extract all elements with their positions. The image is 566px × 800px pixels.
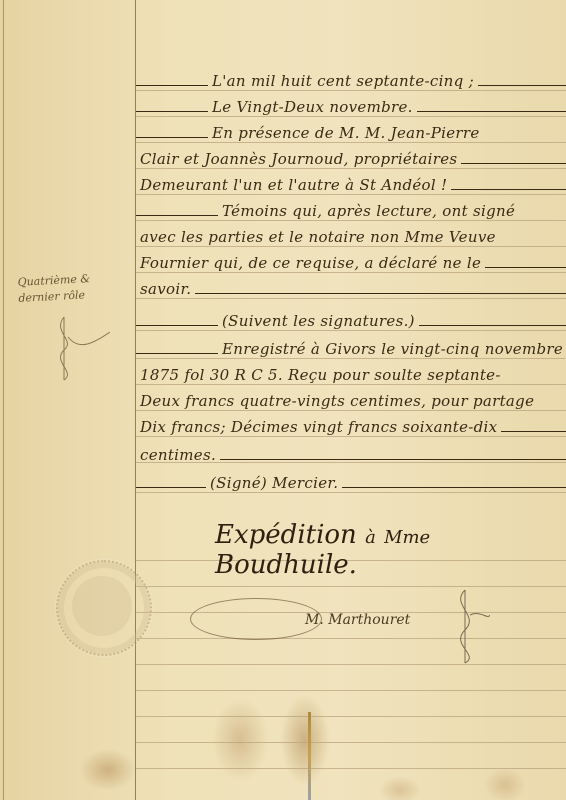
text-line: (Suivent les signatures.) bbox=[136, 304, 566, 330]
line-text: savoir. bbox=[136, 280, 195, 298]
ruled-line bbox=[136, 330, 566, 331]
page-edge bbox=[3, 0, 4, 800]
ruled-line bbox=[136, 742, 566, 743]
line-text: (Suivent les signatures.) bbox=[218, 312, 419, 330]
expedition-connector: à bbox=[365, 527, 376, 548]
line-text: (Signé) Mercier. bbox=[206, 474, 342, 492]
paraphe-icon bbox=[440, 585, 490, 665]
expedition-heading: Expédition à Mme Boudhuile. bbox=[215, 520, 566, 580]
line-text: Enregistré à Givors le vingt-cinq novemb… bbox=[218, 340, 566, 358]
notary-signature: M. Marthouret bbox=[305, 612, 410, 628]
text-line: 1875 fol 30 R C 5. Reçu pour soulte sept… bbox=[136, 358, 566, 384]
ruled-line bbox=[136, 492, 566, 493]
ruled-line bbox=[136, 638, 566, 639]
text-line: centimes. bbox=[136, 438, 566, 464]
document-page: L'an mil huit cent septante-cinq ; Le Vi… bbox=[0, 0, 566, 800]
expedition-title: Mme bbox=[384, 527, 430, 548]
margin-note: Quatrième & dernier rôle bbox=[17, 269, 129, 307]
line-text: Clair et Joannès Journoud, propriétaires bbox=[136, 150, 461, 168]
ruled-line bbox=[136, 436, 566, 437]
text-line: Le Vingt-Deux novembre. bbox=[136, 90, 566, 116]
text-line: Témoins qui, après lecture, ont signé bbox=[136, 194, 566, 220]
ruled-line bbox=[136, 664, 566, 665]
margin-paraphe-icon bbox=[50, 312, 110, 382]
signature-flourish bbox=[190, 598, 322, 640]
expedition-word: Expédition bbox=[215, 520, 357, 550]
ruled-line bbox=[136, 768, 566, 769]
line-text: 1875 fol 30 R C 5. Reçu pour soulte sept… bbox=[136, 366, 505, 384]
expedition-name: Boudhuile. bbox=[215, 550, 357, 580]
paper-tear bbox=[308, 712, 311, 800]
line-text: Demeurant l'un et l'autre à St Andéol ! bbox=[136, 176, 451, 194]
text-line: Enregistré à Givors le vingt-cinq novemb… bbox=[136, 332, 566, 358]
ruled-line bbox=[136, 298, 566, 299]
line-text: Deux francs quatre-vingts centimes, pour… bbox=[136, 392, 538, 410]
line-text: Le Vingt-Deux novembre. bbox=[208, 98, 417, 116]
embossed-seal-icon bbox=[56, 560, 152, 656]
text-line: L'an mil huit cent septante-cinq ; bbox=[136, 64, 566, 90]
ruled-line bbox=[136, 690, 566, 691]
ruled-line bbox=[136, 716, 566, 717]
line-text: L'an mil huit cent septante-cinq ; bbox=[208, 72, 478, 90]
text-line: En présence de M. M. Jean-Pierre bbox=[136, 116, 566, 142]
text-line: avec les parties et le notaire non Mme V… bbox=[136, 220, 566, 246]
text-line: Deux francs quatre-vingts centimes, pour… bbox=[136, 384, 566, 410]
line-text: Dix francs; Décimes vingt francs soixant… bbox=[136, 418, 501, 436]
text-line: Demeurant l'un et l'autre à St Andéol ! bbox=[136, 168, 566, 194]
line-text: Témoins qui, après lecture, ont signé bbox=[218, 202, 519, 220]
line-text: En présence de M. M. Jean-Pierre bbox=[208, 124, 484, 142]
text-line: savoir. bbox=[136, 272, 566, 298]
text-line: Dix francs; Décimes vingt francs soixant… bbox=[136, 410, 566, 436]
line-text: avec les parties et le notaire non Mme V… bbox=[136, 228, 500, 246]
ruled-line bbox=[136, 586, 566, 587]
line-text: Fournier qui, de ce requise, a déclaré n… bbox=[136, 254, 485, 272]
line-text: centimes. bbox=[136, 446, 220, 464]
text-line: Fournier qui, de ce requise, a déclaré n… bbox=[136, 246, 566, 272]
text-line: Clair et Joannès Journoud, propriétaires bbox=[136, 142, 566, 168]
text-line: (Signé) Mercier. bbox=[136, 466, 566, 492]
